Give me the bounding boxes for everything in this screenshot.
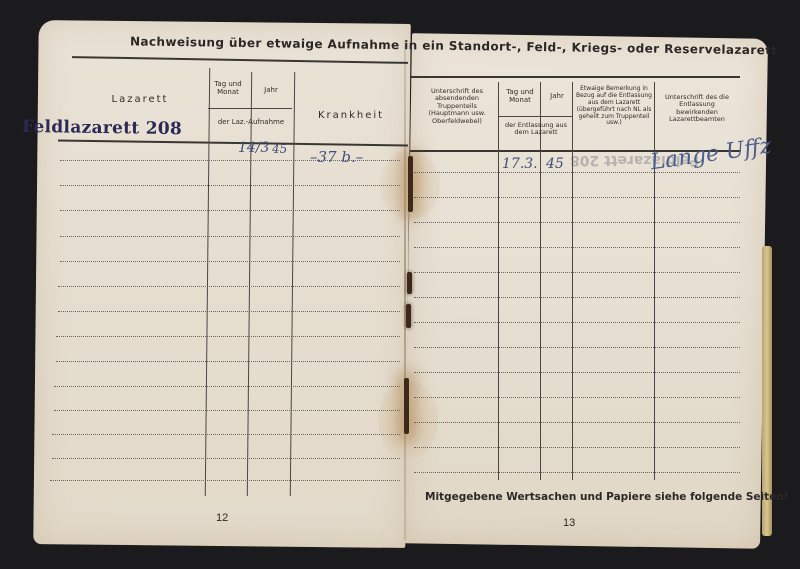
row-line	[414, 247, 740, 248]
column-divider	[654, 82, 655, 480]
column-divider	[540, 82, 541, 480]
col-header-laz-aufnahme: der Laz.-Aufnahme	[210, 118, 292, 126]
row-line	[52, 458, 400, 459]
col-header-bemerkung: Etwaige Bemerkung in Bezug auf die Entla…	[574, 86, 654, 127]
footer-note: Mitgegebene Wertsachen und Papiere siehe…	[425, 491, 789, 503]
col-header-entlassung: der Entlassung aus dem Lazarett	[499, 122, 573, 137]
aufnahme-tag-monat: 14/3	[238, 140, 269, 156]
staple	[408, 156, 413, 212]
row-line	[60, 185, 400, 186]
staple	[406, 304, 411, 328]
col-header-krankheit: Krankheit	[296, 110, 406, 122]
row-line	[414, 322, 740, 323]
col-header-jahr-entlassung: Jahr	[542, 92, 572, 100]
row-line	[414, 447, 740, 448]
row-line	[58, 286, 400, 287]
row-line	[54, 386, 400, 387]
row-line	[54, 410, 400, 411]
col-header-lazarett: Lazarett	[80, 94, 200, 106]
row-line	[414, 197, 740, 198]
row-line	[56, 361, 400, 362]
col-header-unterschrift-beamter: Unterschrift des die Entlassung bewirken…	[660, 94, 734, 124]
row-line	[414, 272, 740, 273]
row-line	[414, 297, 740, 298]
col-header-jahr-aufnahme: Jahr	[251, 86, 291, 94]
subheader-divider	[208, 108, 292, 109]
col-header-tag-monat-aufnahme: Tag und Monat	[209, 80, 247, 96]
col-header-tag-monat-entlassung: Tag und Monat	[500, 88, 540, 104]
page-number-left: 12	[216, 512, 228, 524]
column-divider	[498, 82, 499, 480]
entlassung-jahr: 45	[546, 156, 564, 172]
row-line	[414, 472, 740, 473]
column-divider	[572, 82, 573, 480]
row-line	[52, 434, 400, 435]
row-line	[60, 236, 400, 237]
row-line	[50, 480, 400, 481]
entlassung-tag-monat: 17.3.	[502, 156, 538, 172]
row-line	[414, 172, 740, 173]
row-line	[60, 210, 400, 211]
col-header-unterschrift-truppenteil: Unterschrift des absendenden Truppenteil…	[418, 88, 496, 125]
row-line	[60, 261, 400, 262]
row-line	[414, 422, 740, 423]
subheader-divider	[498, 116, 572, 117]
row-line	[56, 336, 400, 337]
page-number-right: 13	[563, 517, 575, 529]
row-line	[414, 397, 740, 398]
staple	[404, 378, 409, 434]
row-line	[58, 311, 400, 312]
row-line	[414, 347, 740, 348]
staple	[407, 272, 412, 294]
row-line	[414, 222, 740, 223]
aufnahme-jahr: 45	[272, 142, 287, 156]
row-line	[414, 372, 740, 373]
lazarett-stamp: Feldlazarett 208	[22, 117, 182, 139]
krankheit-value: –37 b.–	[310, 148, 363, 166]
header-rule	[410, 76, 740, 78]
